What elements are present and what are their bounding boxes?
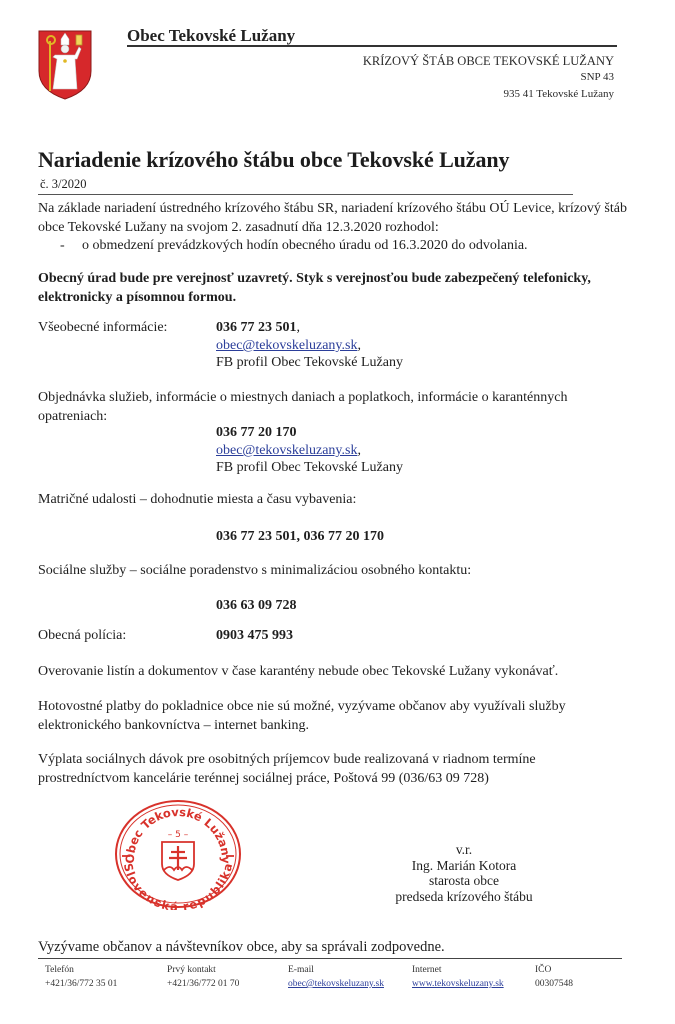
title-divider xyxy=(38,194,573,195)
orders-email-link[interactable]: obec@tekovskeluzany.sk xyxy=(216,443,357,458)
orders-label: Objednávka služieb, informácie o miestny… xyxy=(38,388,638,426)
footer-website-link[interactable]: www.tekovskeluzany.sk xyxy=(412,977,504,991)
footer-label: E-mail xyxy=(288,963,384,977)
footer-label: Internet xyxy=(412,963,504,977)
bullet-marker: - xyxy=(60,238,65,254)
orders-fb: FB profil Obec Tekovské Lužany xyxy=(216,460,403,476)
document-number: č. 3/2020 xyxy=(40,177,87,192)
paragraph-payments: Hotovostné platby do pokladnice obce nie… xyxy=(38,697,638,735)
closing-appeal: Vyzývame občanov a návštevníkov obce, ab… xyxy=(38,939,445,956)
footer-divider xyxy=(38,958,622,959)
separator: , xyxy=(297,320,301,335)
footer-value: +421/36/772 35 01 xyxy=(45,977,117,991)
header-address-line: 935 41 Tekovské Lužany xyxy=(503,88,614,100)
paragraph-social-benefits: Výplata sociálnych dávok pre osobitných … xyxy=(38,750,598,788)
header-divider xyxy=(127,45,617,47)
signatory-name: Ing. Marián Kotora xyxy=(380,858,548,874)
footer-ico: IČO 00307548 xyxy=(535,963,573,991)
stamp-number: – 5 – xyxy=(168,830,189,840)
footer-value: 00307548 xyxy=(535,977,573,991)
registry-label: Matričné udalosti – dohodnutie miesta a … xyxy=(38,492,356,508)
separator: , xyxy=(357,443,361,458)
footer-email-link[interactable]: obec@tekovskeluzany.sk xyxy=(288,977,384,991)
header-address-line: KRÍZOVÝ ŠTÁB OBCE TEKOVSKÉ LUŽANY xyxy=(363,54,614,69)
organization-name: Obec Tekovské Lužany xyxy=(127,26,295,46)
footer-first-contact: Prvý kontakt +421/36/772 01 70 xyxy=(167,963,239,991)
general-info-label: Všeobecné informácie: xyxy=(38,320,167,336)
bullet-item: o obmedzení prevádzkových hodín obecného… xyxy=(82,238,528,254)
general-info-phone-row: 036 77 23 501, xyxy=(216,320,300,336)
signatory-role-secondary: predseda krízového štábu xyxy=(380,889,548,905)
police-phone: 0903 475 993 xyxy=(216,628,293,644)
footer-label: IČO xyxy=(535,963,573,977)
document-title: Nariadenie krízového štábu obce Tekovské… xyxy=(38,147,509,173)
footer-label: Prvý kontakt xyxy=(167,963,239,977)
intro-paragraph: Na základe nariadení ústredného krízovéh… xyxy=(38,199,638,237)
footer-phone: Telefón +421/36/772 35 01 xyxy=(45,963,117,991)
orders-phone: 036 77 20 170 xyxy=(216,425,297,441)
police-label: Obecná polícia: xyxy=(38,628,126,644)
orders-email-row: obec@tekovskeluzany.sk, xyxy=(216,443,361,459)
registry-phones: 036 77 23 501, 036 77 20 170 xyxy=(216,529,384,545)
general-info-email-row: obec@tekovskeluzany.sk, xyxy=(216,338,361,354)
paragraph-verification: Overovanie listín a dokumentov v čase ka… xyxy=(38,662,648,681)
signature-block: v.r. Ing. Marián Kotora starosta obce pr… xyxy=(380,842,548,904)
header-address-line: SNP 43 xyxy=(580,71,614,83)
coat-of-arms-icon xyxy=(37,29,93,101)
social-label: Sociálne služby – sociálne poradenstvo s… xyxy=(38,563,471,579)
signature-vr: v.r. xyxy=(380,842,548,858)
official-stamp-icon: Obec Tekovské Lužany Slovenská republika… xyxy=(112,798,244,910)
footer-label: Telefón xyxy=(45,963,117,977)
closure-notice: Obecný úrad bude pre verejnosť uzavretý.… xyxy=(38,269,638,307)
footer-value: +421/36/772 01 70 xyxy=(167,977,239,991)
general-info-phone: 036 77 23 501 xyxy=(216,320,297,335)
footer-email: E-mail obec@tekovskeluzany.sk xyxy=(288,963,384,991)
general-info-email-link[interactable]: obec@tekovskeluzany.sk xyxy=(216,338,357,353)
footer-internet: Internet www.tekovskeluzany.sk xyxy=(412,963,504,991)
separator: , xyxy=(357,338,361,353)
general-info-fb: FB profil Obec Tekovské Lužany xyxy=(216,355,403,371)
signatory-role: starosta obce xyxy=(380,873,548,889)
social-phone: 036 63 09 728 xyxy=(216,598,297,614)
